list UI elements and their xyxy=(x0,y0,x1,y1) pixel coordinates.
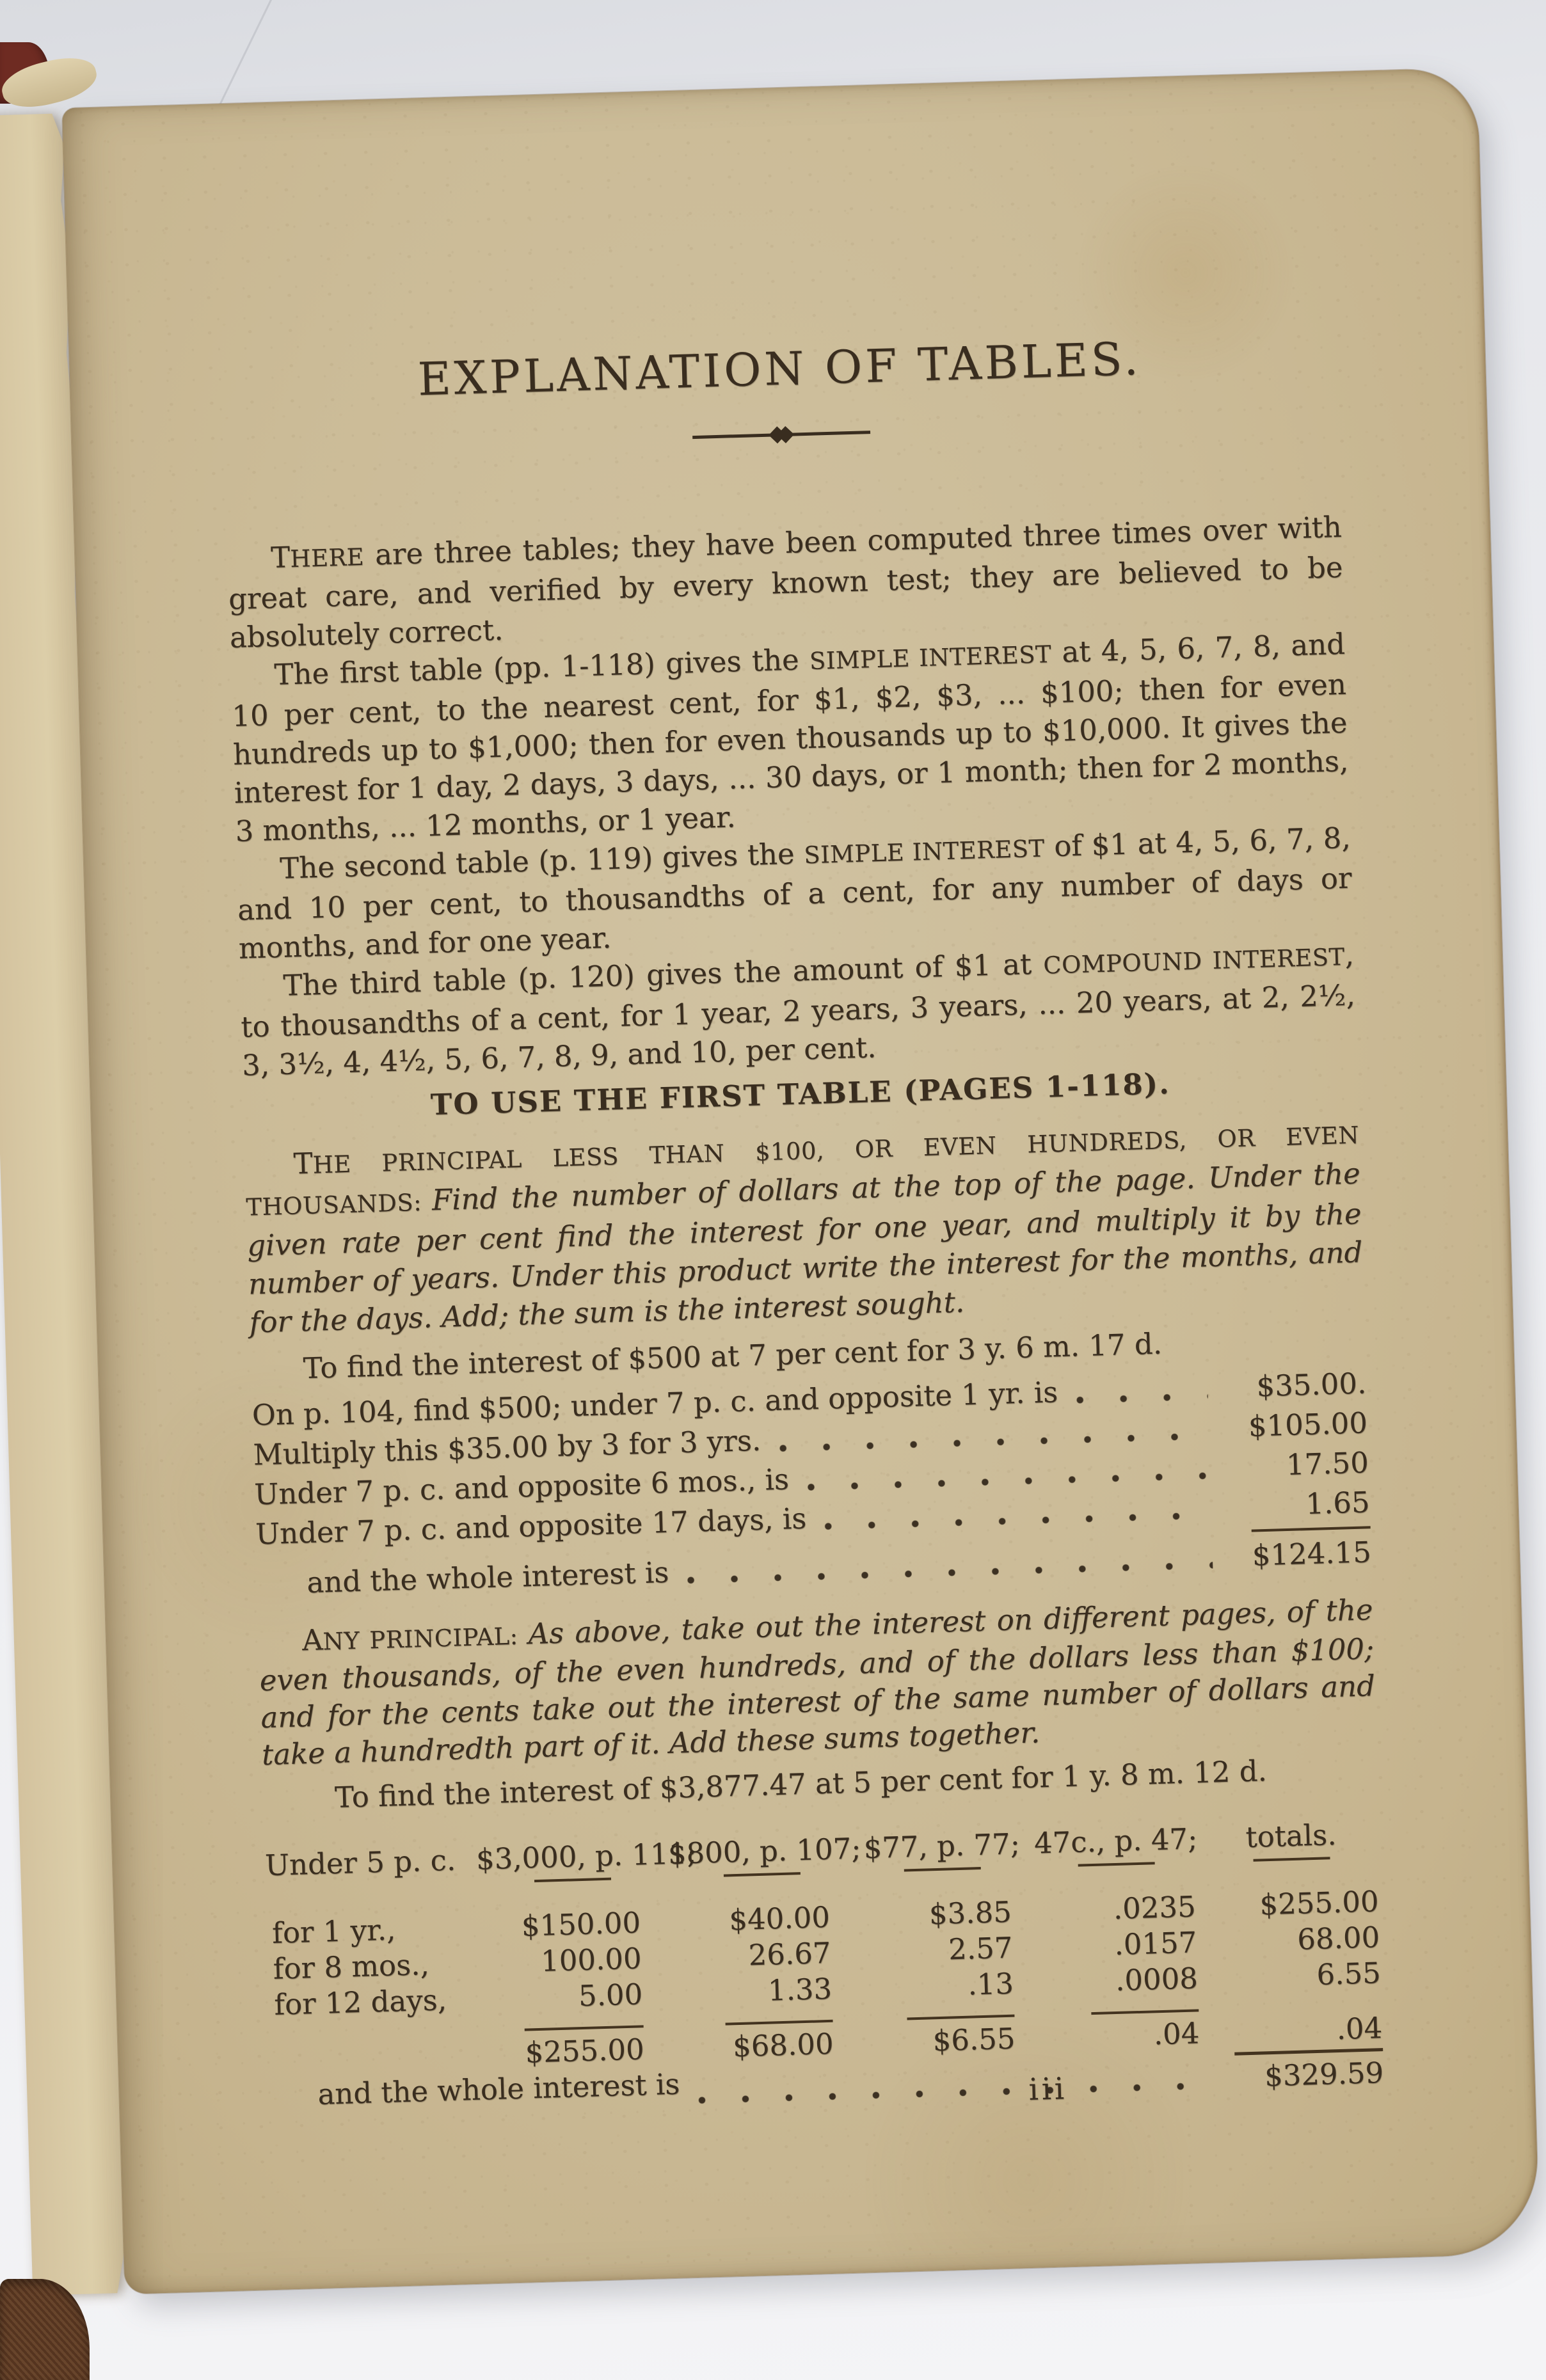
table-header-col2: $800, p. 107; xyxy=(667,1831,856,1904)
column-total: $6.55 xyxy=(859,2014,1035,2061)
header-text: $800, p. 107; xyxy=(667,1831,861,1871)
header-text: 47c., p. 47; xyxy=(1033,1821,1198,1860)
totals-column-addend: .04 xyxy=(1208,2010,1385,2051)
table-header-col1: $3,000, p. 111; xyxy=(475,1836,669,1910)
table-cell: $40.00 xyxy=(669,1899,857,1940)
paragraph-principal-rule: THE PRINCIPAL LESS THAN $100, OR EVEN HU… xyxy=(244,1115,1364,1342)
calc-amount: $105.00 xyxy=(1221,1403,1368,1447)
calculation-block: On p. 104, find $500; under 7 p. c. and … xyxy=(251,1363,1372,1604)
page-number: iii xyxy=(952,2069,1144,2110)
smallcaps-run: NY PRINCIPAL: xyxy=(323,1622,518,1656)
column-total: $68.00 xyxy=(673,2019,861,2067)
header-rule xyxy=(724,1872,801,1876)
table-cell: 6.55 xyxy=(1206,1955,1383,1996)
table-cell: 1.33 xyxy=(671,1971,859,2011)
table-row-label: for 8 mos., xyxy=(267,1946,479,1987)
lead-capital: T xyxy=(271,540,291,575)
lead-capital: T xyxy=(293,1146,314,1181)
header-rule xyxy=(1254,1857,1330,1861)
table-cell: $150.00 xyxy=(477,1904,670,1946)
table-empty-cell xyxy=(269,2017,482,2078)
table-cell: .0235 xyxy=(1030,1889,1205,1930)
header-rule xyxy=(904,1867,981,1871)
smallcaps-run: COMPOUND INTEREST xyxy=(1043,943,1346,980)
table-header-col3: $77, p. 77; xyxy=(854,1826,1030,1899)
work-table: Under 5 p. c. $3,000, p. 111; $800, p. 1… xyxy=(264,1816,1387,2124)
dot-leader xyxy=(685,1560,1213,1585)
dot-leader xyxy=(1074,1392,1208,1405)
page-content: EXPLANATION OF TABLES. THERE are three t… xyxy=(214,72,1392,2290)
table-row-label: for 1 yr., xyxy=(266,1910,478,1951)
smallcaps-run: HERE xyxy=(290,543,365,573)
lead-capital: A xyxy=(301,1623,323,1658)
grand-total: $329.59 xyxy=(1209,2047,1387,2095)
header-rule xyxy=(534,1878,611,1882)
divider-line-left xyxy=(692,433,773,439)
table-cell: .0008 xyxy=(1032,1960,1207,2001)
divider-line-right xyxy=(790,431,870,436)
column-total: .04 xyxy=(1033,2009,1209,2056)
header-text: totals. xyxy=(1245,1818,1337,1854)
table-header-col4: 47c., p. 47; xyxy=(1028,1821,1204,1894)
calc-amount: 1.65 xyxy=(1223,1482,1371,1527)
photo-of-book-page: { "colors":{"paper":"#cbbb97","ink":"#39… xyxy=(0,0,1546,2380)
table-cell: 68.00 xyxy=(1205,1919,1382,1960)
ruled-amount: $329.59 xyxy=(1234,2048,1384,2095)
table-cell: .0157 xyxy=(1032,1924,1206,1965)
paragraph-first-table: The first table (pp. 1-118) gives the SI… xyxy=(230,625,1350,851)
calc-total-amount: $124.15 xyxy=(1225,1526,1372,1576)
italic-instructions: As above, take out the interest on diffe… xyxy=(259,1592,1375,1772)
dot-leader xyxy=(823,1510,1211,1530)
book-page: EXPLANATION OF TABLES. THERE are three t… xyxy=(62,68,1540,2294)
paragraph-any-principal: ANY PRINCIPAL:As above, take out the int… xyxy=(258,1591,1376,1773)
table-row-label: for 12 days, xyxy=(269,1981,481,2023)
header-text: $77, p. 77; xyxy=(863,1827,1021,1865)
header-rule xyxy=(1078,1862,1155,1866)
calc-amount: 17.50 xyxy=(1222,1443,1369,1487)
table-cell: $3.85 xyxy=(856,1894,1031,1935)
table-header-totals: totals. xyxy=(1202,1816,1381,1889)
ruled-amount: $68.00 xyxy=(726,2020,834,2065)
ruled-amount: .04 xyxy=(1091,2009,1200,2054)
table-header-rate: Under 5 p. c. xyxy=(264,1842,477,1916)
table-cell: 5.00 xyxy=(480,1976,673,2017)
ruled-amount: $6.55 xyxy=(907,2015,1016,2060)
table-cell: 100.00 xyxy=(479,1940,671,1981)
table-cell: .13 xyxy=(858,1965,1033,2006)
italic-instructions: Find the number of dollars at the top of… xyxy=(247,1157,1364,1340)
book-photo: EXPLANATION OF TABLES. THERE are three t… xyxy=(0,67,1546,2308)
text-block: EXPLANATION OF TABLES. THERE are three t… xyxy=(214,72,1387,2124)
calc-label: and the whole interest is xyxy=(257,1553,670,1605)
ruled-amount: $255.00 xyxy=(525,2025,645,2070)
calc-amount: $35.00. xyxy=(1220,1363,1367,1408)
header-text: $3,000, p. 111; xyxy=(475,1836,697,1876)
ruled-amount: $124.15 xyxy=(1252,1526,1372,1575)
smallcaps-run: SIMPLE INTEREST xyxy=(804,835,1046,869)
column-total: $255.00 xyxy=(481,2024,674,2072)
table-cell: $255.00 xyxy=(1204,1884,1382,1924)
table-cell: 2.57 xyxy=(857,1930,1032,1971)
table-cell: 26.67 xyxy=(671,1935,858,1976)
ornament-divider xyxy=(224,411,1339,458)
page-title: EXPLANATION OF TABLES. xyxy=(221,325,1337,413)
smallcaps-run: SIMPLE INTEREST xyxy=(809,640,1051,675)
